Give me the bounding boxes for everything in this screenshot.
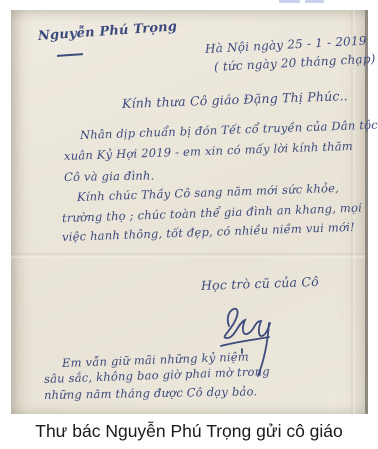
letter-photo: Nguyễn Phú Trọng Hà Nội ngày 25 - 1 - 20…	[11, 10, 368, 414]
sender-name-underline	[57, 53, 83, 57]
closing-line: Học trò cũ của Cô	[201, 274, 319, 293]
cropped-artifact	[305, 0, 324, 3]
paragraph2-line1: Kính chúc Thầy Cô sang năm mới sức khỏe,	[77, 181, 339, 204]
screenshot: Nguyễn Phú Trọng Hà Nội ngày 25 - 1 - 20…	[0, 0, 378, 449]
paragraph1-line2: xuân Kỷ Hợi 2019 - em xin có mấy lời kín…	[64, 139, 353, 163]
photo-caption: Thư bác Nguyễn Phú Trọng gửi cô giáo	[0, 421, 378, 442]
cropped-artifact	[279, 0, 300, 3]
salutation: Kính thưa Cô giáo Đặng Thị Phúc..	[122, 88, 348, 111]
postscript-line3: những năm tháng được Cô dạy bảo.	[44, 384, 258, 402]
paper-fold-crease-horizontal	[11, 253, 365, 258]
sender-name: Nguyễn Phú Trọng	[37, 19, 177, 44]
paragraph1-line3: Cô và gia đình.	[64, 168, 155, 184]
paragraph1-line1: Nhân dịp chuẩn bị đón Tết cổ truyền của …	[80, 117, 378, 142]
